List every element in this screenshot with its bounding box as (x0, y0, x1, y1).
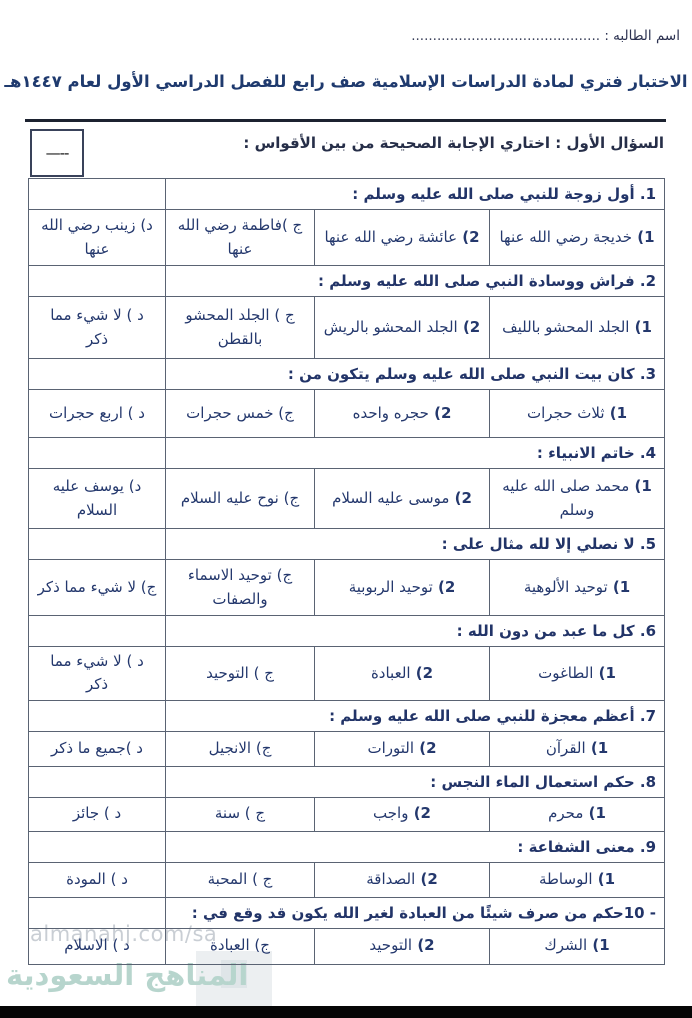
question-cell: 5. لا نصلي إلا لله مثال على : (166, 529, 665, 560)
questions-table-body: 1. أول زوجة للنبي صلى الله عليه وسلم :1)… (29, 179, 665, 965)
question-row-empty-cell (29, 266, 166, 297)
option-label: ج) (136, 578, 156, 596)
option-label: ج ) (270, 306, 295, 324)
question-row: 4. خاتم الانبياء : (29, 438, 665, 469)
question-row-empty-cell (29, 897, 166, 928)
question-cell: 2. فراش ووسادة النبي صلى الله عليه وسلم … (166, 266, 665, 297)
option-cell: 2) العبادة (315, 647, 490, 701)
option-cell: ج) لا شيء مما ذكر (29, 560, 166, 616)
option-label: د) (124, 477, 141, 495)
option-cell: د) زينب رضي الله عنها (29, 210, 166, 266)
option-text: الجلد المحشو بالقطن (185, 306, 269, 347)
question-row-empty-cell (29, 529, 166, 560)
option-cell: 2) موسى عليه السلام (315, 469, 490, 529)
bottom-scan-bar (0, 1006, 692, 1018)
grade-box-dashes: —-- (46, 144, 69, 162)
option-text: الطاغوت (538, 664, 593, 682)
option-text: لا شيء مما ذكر (50, 306, 122, 347)
question-text: كل ما عبد من دون الله : (457, 622, 635, 640)
option-text: القرآن (546, 739, 586, 757)
answer-row: 1) محمد صلى الله عليه وسلم2) موسى عليه ا… (29, 469, 665, 529)
option-label: ج) (250, 936, 270, 954)
question-text: حكم من صرف شيئًا من العبادة لغير الله يك… (192, 904, 624, 922)
option-cell: ج ) الجلد المحشو بالقطن (166, 297, 315, 359)
question-row: - 10حكم من صرف شيئًا من العبادة لغير الل… (29, 897, 665, 928)
option-text: العبادة (210, 936, 250, 954)
option-text: واجب (373, 804, 408, 822)
option-label: 2) (412, 936, 435, 954)
question-text: كان بيت النبي صلى الله عليه وسلم يتكون م… (288, 365, 635, 383)
option-label: د ) (106, 870, 128, 888)
option-cell: 1) توحيد الألوهية (490, 560, 665, 616)
question-cell: 3. كان بيت النبي صلى الله عليه وسلم يتكو… (166, 359, 665, 390)
option-cell: د ) الاسلام (29, 928, 166, 964)
option-label: ج) (251, 739, 271, 757)
option-text: الجلد المحشو بالريش (324, 318, 458, 336)
option-cell: 2) توحيد الربوبية (315, 560, 490, 616)
question-cell: 6. كل ما عبد من دون الله : (166, 616, 665, 647)
answer-row: 1) محرم2) واجبج ) سنةد ) جائز (29, 797, 665, 831)
option-label: 2) (457, 228, 480, 246)
option-text: التورات (367, 739, 414, 757)
section-one-heading: السؤال الأول : اختاري الإجابة الصحيحة من… (243, 134, 664, 152)
option-label: 1) (629, 477, 652, 495)
option-cell: 2) حجره واحده (315, 390, 490, 438)
question-row: 2. فراش ووسادة النبي صلى الله عليه وسلم … (29, 266, 665, 297)
questions-table: 1. أول زوجة للنبي صلى الله عليه وسلم :1)… (28, 178, 665, 965)
option-cell: 2) التوحيد (315, 928, 490, 964)
option-label: د ) (108, 936, 130, 954)
option-label: 2) (415, 870, 438, 888)
option-label: ج ) (249, 664, 274, 682)
option-text: المودة (66, 870, 106, 888)
student-name-label: اسم الطالبه : (604, 28, 680, 44)
option-cell: ج ) التوحيد (166, 647, 315, 701)
question-number: 1. (635, 185, 656, 203)
option-text: جائز (73, 804, 99, 822)
option-cell: ج) خمس حجرات (166, 390, 315, 438)
option-label: 1) (608, 578, 631, 596)
question-row-empty-cell (29, 766, 166, 797)
option-label: د ) (122, 652, 144, 670)
header-divider-rule (25, 119, 666, 122)
option-text: الشرك (544, 936, 587, 954)
option-cell: 1) الشرك (490, 928, 665, 964)
option-cell: د )جميع ما ذكر (29, 731, 166, 766)
option-label: د) (136, 216, 153, 234)
question-number: 9. (635, 838, 656, 856)
option-text: محرم (548, 804, 583, 822)
student-name-blank-field: ........................................… (411, 28, 600, 44)
option-label: ج ) (240, 804, 265, 822)
option-cell: د ) المودة (29, 862, 166, 897)
option-cell: د ) لا شيء مما ذكر (29, 647, 166, 701)
question-row-empty-cell (29, 831, 166, 862)
option-cell: 1) خديجة رضي الله عنها (490, 210, 665, 266)
option-text: فاطمة رضي الله عنها (178, 216, 282, 257)
option-cell: 2) واجب (315, 797, 490, 831)
option-text: الجلد المحشو بالليف (502, 318, 629, 336)
option-label: 1) (587, 936, 610, 954)
option-label: ج ) (282, 216, 302, 234)
option-text: حجره واحده (353, 404, 429, 422)
option-label: 1) (593, 664, 616, 682)
option-cell: 2) التورات (315, 731, 490, 766)
answer-row: 1) الشرك2) التوحيدج) العبادةد ) الاسلام (29, 928, 665, 964)
option-text: اربع حجرات (49, 404, 123, 422)
option-cell: 1) ثلاث حجرات (490, 390, 665, 438)
option-label: 2) (458, 318, 481, 336)
question-row: 9. معنى الشفاعة : (29, 831, 665, 862)
option-label: 1) (593, 870, 616, 888)
option-cell: ج) الانجيل (166, 731, 315, 766)
option-text: خديجة رضي الله عنها (499, 228, 632, 246)
question-text: أعظم معجزة للنبي صلى الله عليه وسلم : (329, 707, 635, 725)
question-row-empty-cell (29, 616, 166, 647)
option-cell: 1) الجلد المحشو بالليف (490, 297, 665, 359)
option-text: الانجيل (209, 739, 251, 757)
answer-row: 1) ثلاث حجرات2) حجره واحدهج) خمس حجراتد … (29, 390, 665, 438)
option-text: توحيد الربوبية (349, 578, 433, 596)
question-number: 3. (635, 365, 656, 383)
question-text: خاتم الانبياء : (537, 444, 635, 462)
option-text: توحيد الاسماء والصفات (188, 566, 272, 607)
answer-row: 1) الطاغوت2) العبادةج ) التوحيدد ) لا شي… (29, 647, 665, 701)
question-row: 1. أول زوجة للنبي صلى الله عليه وسلم : (29, 179, 665, 210)
option-text: نوح عليه السلام (181, 489, 279, 507)
option-label: د ) (126, 739, 143, 757)
option-label: 1) (629, 318, 652, 336)
option-cell: ج) نوح عليه السلام (166, 469, 315, 529)
exam-document-page: almanahj.com/sa المناهج السعودية اسم الط… (0, 0, 692, 1018)
question-number: 5. (635, 535, 656, 553)
question-cell: 1. أول زوجة للنبي صلى الله عليه وسلم : (166, 179, 665, 210)
question-text: لا نصلي إلا لله مثال على : (442, 535, 635, 553)
option-text: ثلاث حجرات (527, 404, 605, 422)
option-label: ج) (279, 489, 299, 507)
option-cell: ج) العبادة (166, 928, 315, 964)
question-text: معنى الشفاعة : (517, 838, 634, 856)
option-text: الصداقة (366, 870, 415, 888)
question-cell: - 10حكم من صرف شيئًا من العبادة لغير الل… (166, 897, 665, 928)
answer-row: 1) القرآن2) التوراتج) الانجيلد )جميع ما … (29, 731, 665, 766)
option-label: د ) (122, 306, 144, 324)
option-cell: 1) القرآن (490, 731, 665, 766)
question-cell: 8. حكم استعمال الماء النجس : (166, 766, 665, 797)
option-cell: ج )فاطمة رضي الله عنها (166, 210, 315, 266)
option-text: توحيد الألوهية (524, 578, 608, 596)
option-label: 2) (411, 664, 434, 682)
question-row: 3. كان بيت النبي صلى الله عليه وسلم يتكو… (29, 359, 665, 390)
grade-box: —-- (30, 129, 84, 177)
option-label: ج) (272, 566, 292, 584)
option-label: 2) (433, 578, 456, 596)
option-cell: 1) الطاغوت (490, 647, 665, 701)
question-cell: 9. معنى الشفاعة : (166, 831, 665, 862)
option-cell: 2) عائشة رضي الله عنها (315, 210, 490, 266)
answer-row: 1) الوساطة2) الصداقةج ) المحبةد ) المودة (29, 862, 665, 897)
option-cell: ج) توحيد الاسماء والصفات (166, 560, 315, 616)
question-row: 6. كل ما عبد من دون الله : (29, 616, 665, 647)
option-label: 2) (414, 739, 437, 757)
option-label: ج ) (247, 870, 272, 888)
option-text: المحبة (208, 870, 248, 888)
document-title: الاختبار فتري لمادة الدراسات الإسلامية ص… (0, 72, 692, 91)
option-cell: 2) الصداقة (315, 862, 490, 897)
question-number: 4. (635, 444, 656, 462)
question-number: 7. (635, 707, 656, 725)
option-cell: ج ) سنة (166, 797, 315, 831)
question-number: - 10 (624, 904, 656, 922)
option-label: 2) (449, 489, 472, 507)
question-row: 8. حكم استعمال الماء النجس : (29, 766, 665, 797)
student-name-line: اسم الطالبه : ..........................… (411, 28, 680, 44)
option-text: زينب رضي الله عنها (41, 216, 135, 257)
option-text: لا شيء مما ذكر (50, 652, 122, 693)
option-text: الوساطة (539, 870, 593, 888)
question-row: 7. أعظم معجزة للنبي صلى الله عليه وسلم : (29, 700, 665, 731)
option-cell: 1) محمد صلى الله عليه وسلم (490, 469, 665, 529)
option-cell: ج ) المحبة (166, 862, 315, 897)
option-text: لا شيء مما ذكر (38, 578, 136, 596)
option-label: د ) (99, 804, 121, 822)
option-label: 1) (586, 739, 609, 757)
question-row-empty-cell (29, 438, 166, 469)
option-text: الاسلام (64, 936, 108, 954)
option-cell: 1) الوساطة (490, 862, 665, 897)
option-cell: 2) الجلد المحشو بالريش (315, 297, 490, 359)
option-label: ج) (274, 404, 294, 422)
option-label: 1) (605, 404, 628, 422)
question-text: حكم استعمال الماء النجس : (430, 773, 634, 791)
option-label: 1) (583, 804, 606, 822)
option-label: 2) (429, 404, 452, 422)
question-row-empty-cell (29, 700, 166, 731)
option-label: د ) (123, 404, 145, 422)
question-cell: 4. خاتم الانبياء : (166, 438, 665, 469)
option-text: موسى عليه السلام (332, 489, 449, 507)
answer-row: 1) توحيد الألوهية2) توحيد الربوبيةج) توح… (29, 560, 665, 616)
option-text: عائشة رضي الله عنها (324, 228, 457, 246)
option-cell: د ) لا شيء مما ذكر (29, 297, 166, 359)
option-cell: د ) جائز (29, 797, 166, 831)
option-label: 1) (632, 228, 655, 246)
option-cell: د ) اربع حجرات (29, 390, 166, 438)
question-number: 8. (635, 773, 656, 791)
question-number: 6. (635, 622, 656, 640)
question-cell: 7. أعظم معجزة للنبي صلى الله عليه وسلم : (166, 700, 665, 731)
answer-row: 1) الجلد المحشو بالليف2) الجلد المحشو با… (29, 297, 665, 359)
option-text: العبادة (371, 664, 411, 682)
option-text: سنة (215, 804, 240, 822)
option-cell: د) يوسف عليه السلام (29, 469, 166, 529)
option-label: 2) (408, 804, 431, 822)
question-text: أول زوجة للنبي صلى الله عليه وسلم : (352, 185, 634, 203)
question-text: فراش ووسادة النبي صلى الله عليه وسلم : (318, 272, 635, 290)
question-number: 2. (635, 272, 656, 290)
option-text: محمد صلى الله عليه وسلم (502, 477, 629, 518)
question-row-empty-cell (29, 359, 166, 390)
option-text: خمس حجرات (186, 404, 273, 422)
answer-row: 1) خديجة رضي الله عنها2) عائشة رضي الله … (29, 210, 665, 266)
option-text: التوحيد (369, 936, 412, 954)
option-cell: 1) محرم (490, 797, 665, 831)
question-row: 5. لا نصلي إلا لله مثال على : (29, 529, 665, 560)
option-text: جميع ما ذكر (51, 739, 126, 757)
option-text: التوحيد (206, 664, 249, 682)
question-row-empty-cell (29, 179, 166, 210)
option-text: يوسف عليه السلام (53, 477, 124, 518)
